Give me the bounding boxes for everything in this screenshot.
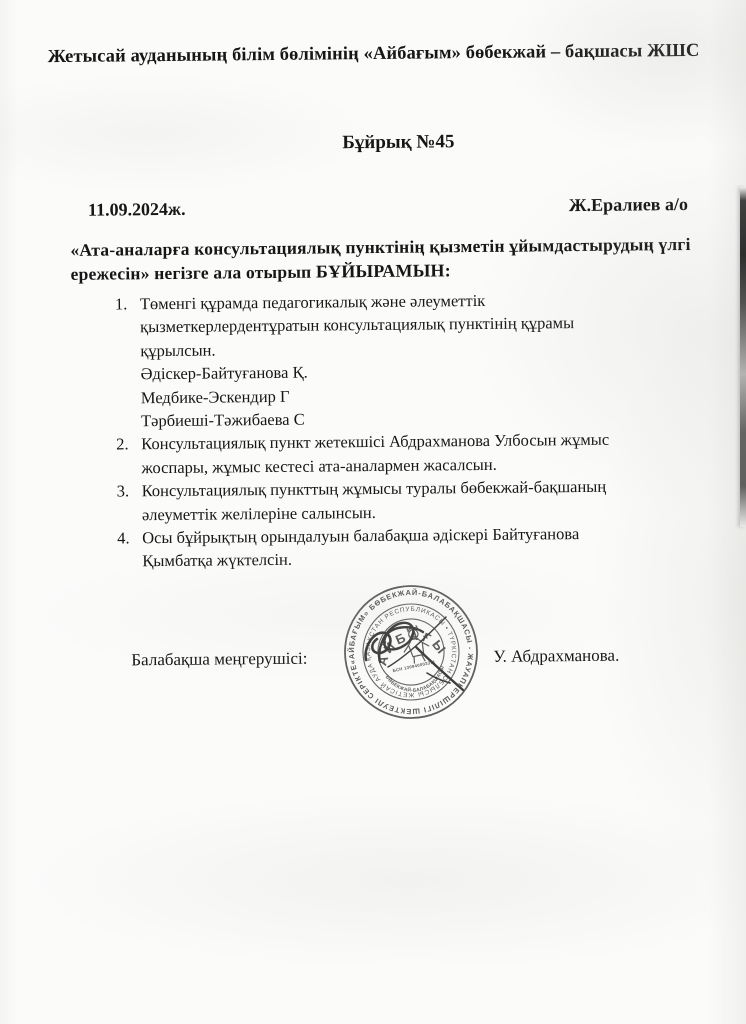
organization-header: Жетысай ауданының білім бөлімінің «Айбағ…: [0, 40, 746, 68]
scan-edge-artifact: [740, 187, 746, 527]
item-1-marker: 1.: [115, 292, 128, 316]
item-3-marker: 3.: [117, 480, 130, 504]
director-name: У. Абдрахманова.: [493, 646, 619, 667]
date-row: 11.09.2024ж. Ж.Ералиев а/о: [88, 194, 688, 221]
order-item-3: 3. Консультациялық пункттың жұмысы турал…: [5, 474, 705, 528]
svg-text:ҚАЗАҚСТАН РЕСПУБЛИКАСЫ • ТҮРКІ: ҚАЗАҚСТАН РЕСПУБЛИКАСЫ • ТҮРКІСТАН ОБЛЫС…: [326, 567, 466, 715]
stamp-body: «АЙБАҒЫМ» БӨБЕКЖАЙ-БАЛАБАҚШАСЫ - ЖАУАПКЕ…: [326, 567, 489, 736]
order-date: 11.09.2024ж.: [88, 199, 186, 221]
intro-line-2-text: ережесін» негізге ала отырып: [71, 261, 317, 283]
intro-paragraph: «Ата-аналарға консультациялық пунктінің …: [70, 233, 730, 286]
scanned-content: Жетысай ауданының білім бөлімінің «Айбағ…: [0, 0, 746, 1024]
order-item-2: 2. Консультациялық пункт жетекшісі Абдра…: [4, 427, 704, 481]
order-items-list: 1. Төменгі құрамда педагогикалық және әл…: [3, 287, 706, 575]
stamp-inner-ring-text: ҚАЗАҚСТАН РЕСПУБЛИКАСЫ • ТҮРКІСТАН ОБЛЫС…: [326, 567, 466, 715]
order-verb-bold: БҰЙЫРАМЫН:: [316, 260, 451, 281]
document-page: Жетысай ауданының білім бөлімінің «Айбағ…: [0, 0, 746, 1024]
svg-text:«АЙБАҒЫМ» БӨБЕКЖАЙ-БАЛАБАҚШАСЫ: «АЙБАҒЫМ» БӨБЕКЖАЙ-БАЛАБАҚШАСЫ - ЖАУАПКЕ…: [326, 567, 487, 733]
director-label: Балабақша меңгерушісі:: [131, 649, 307, 671]
item-4-marker: 4.: [117, 526, 130, 550]
item-2-marker: 2.: [116, 433, 129, 457]
official-stamp: «АЙБАҒЫМ» БӨБЕКЖАЙ-БАЛАБАҚШАСЫ - ЖАУАПКЕ…: [326, 567, 508, 745]
approver-name: Ж.Ералиев а/о: [569, 194, 688, 216]
order-title: Бұйрық №45: [25, 128, 746, 157]
stamp-outer-ring-text: «АЙБАҒЫМ» БӨБЕКЖАЙ-БАЛАБАҚШАСЫ - ЖАУАПКЕ…: [326, 567, 487, 733]
order-item-1: 1. Төменгі құрамда педагогикалық және әл…: [3, 287, 704, 434]
